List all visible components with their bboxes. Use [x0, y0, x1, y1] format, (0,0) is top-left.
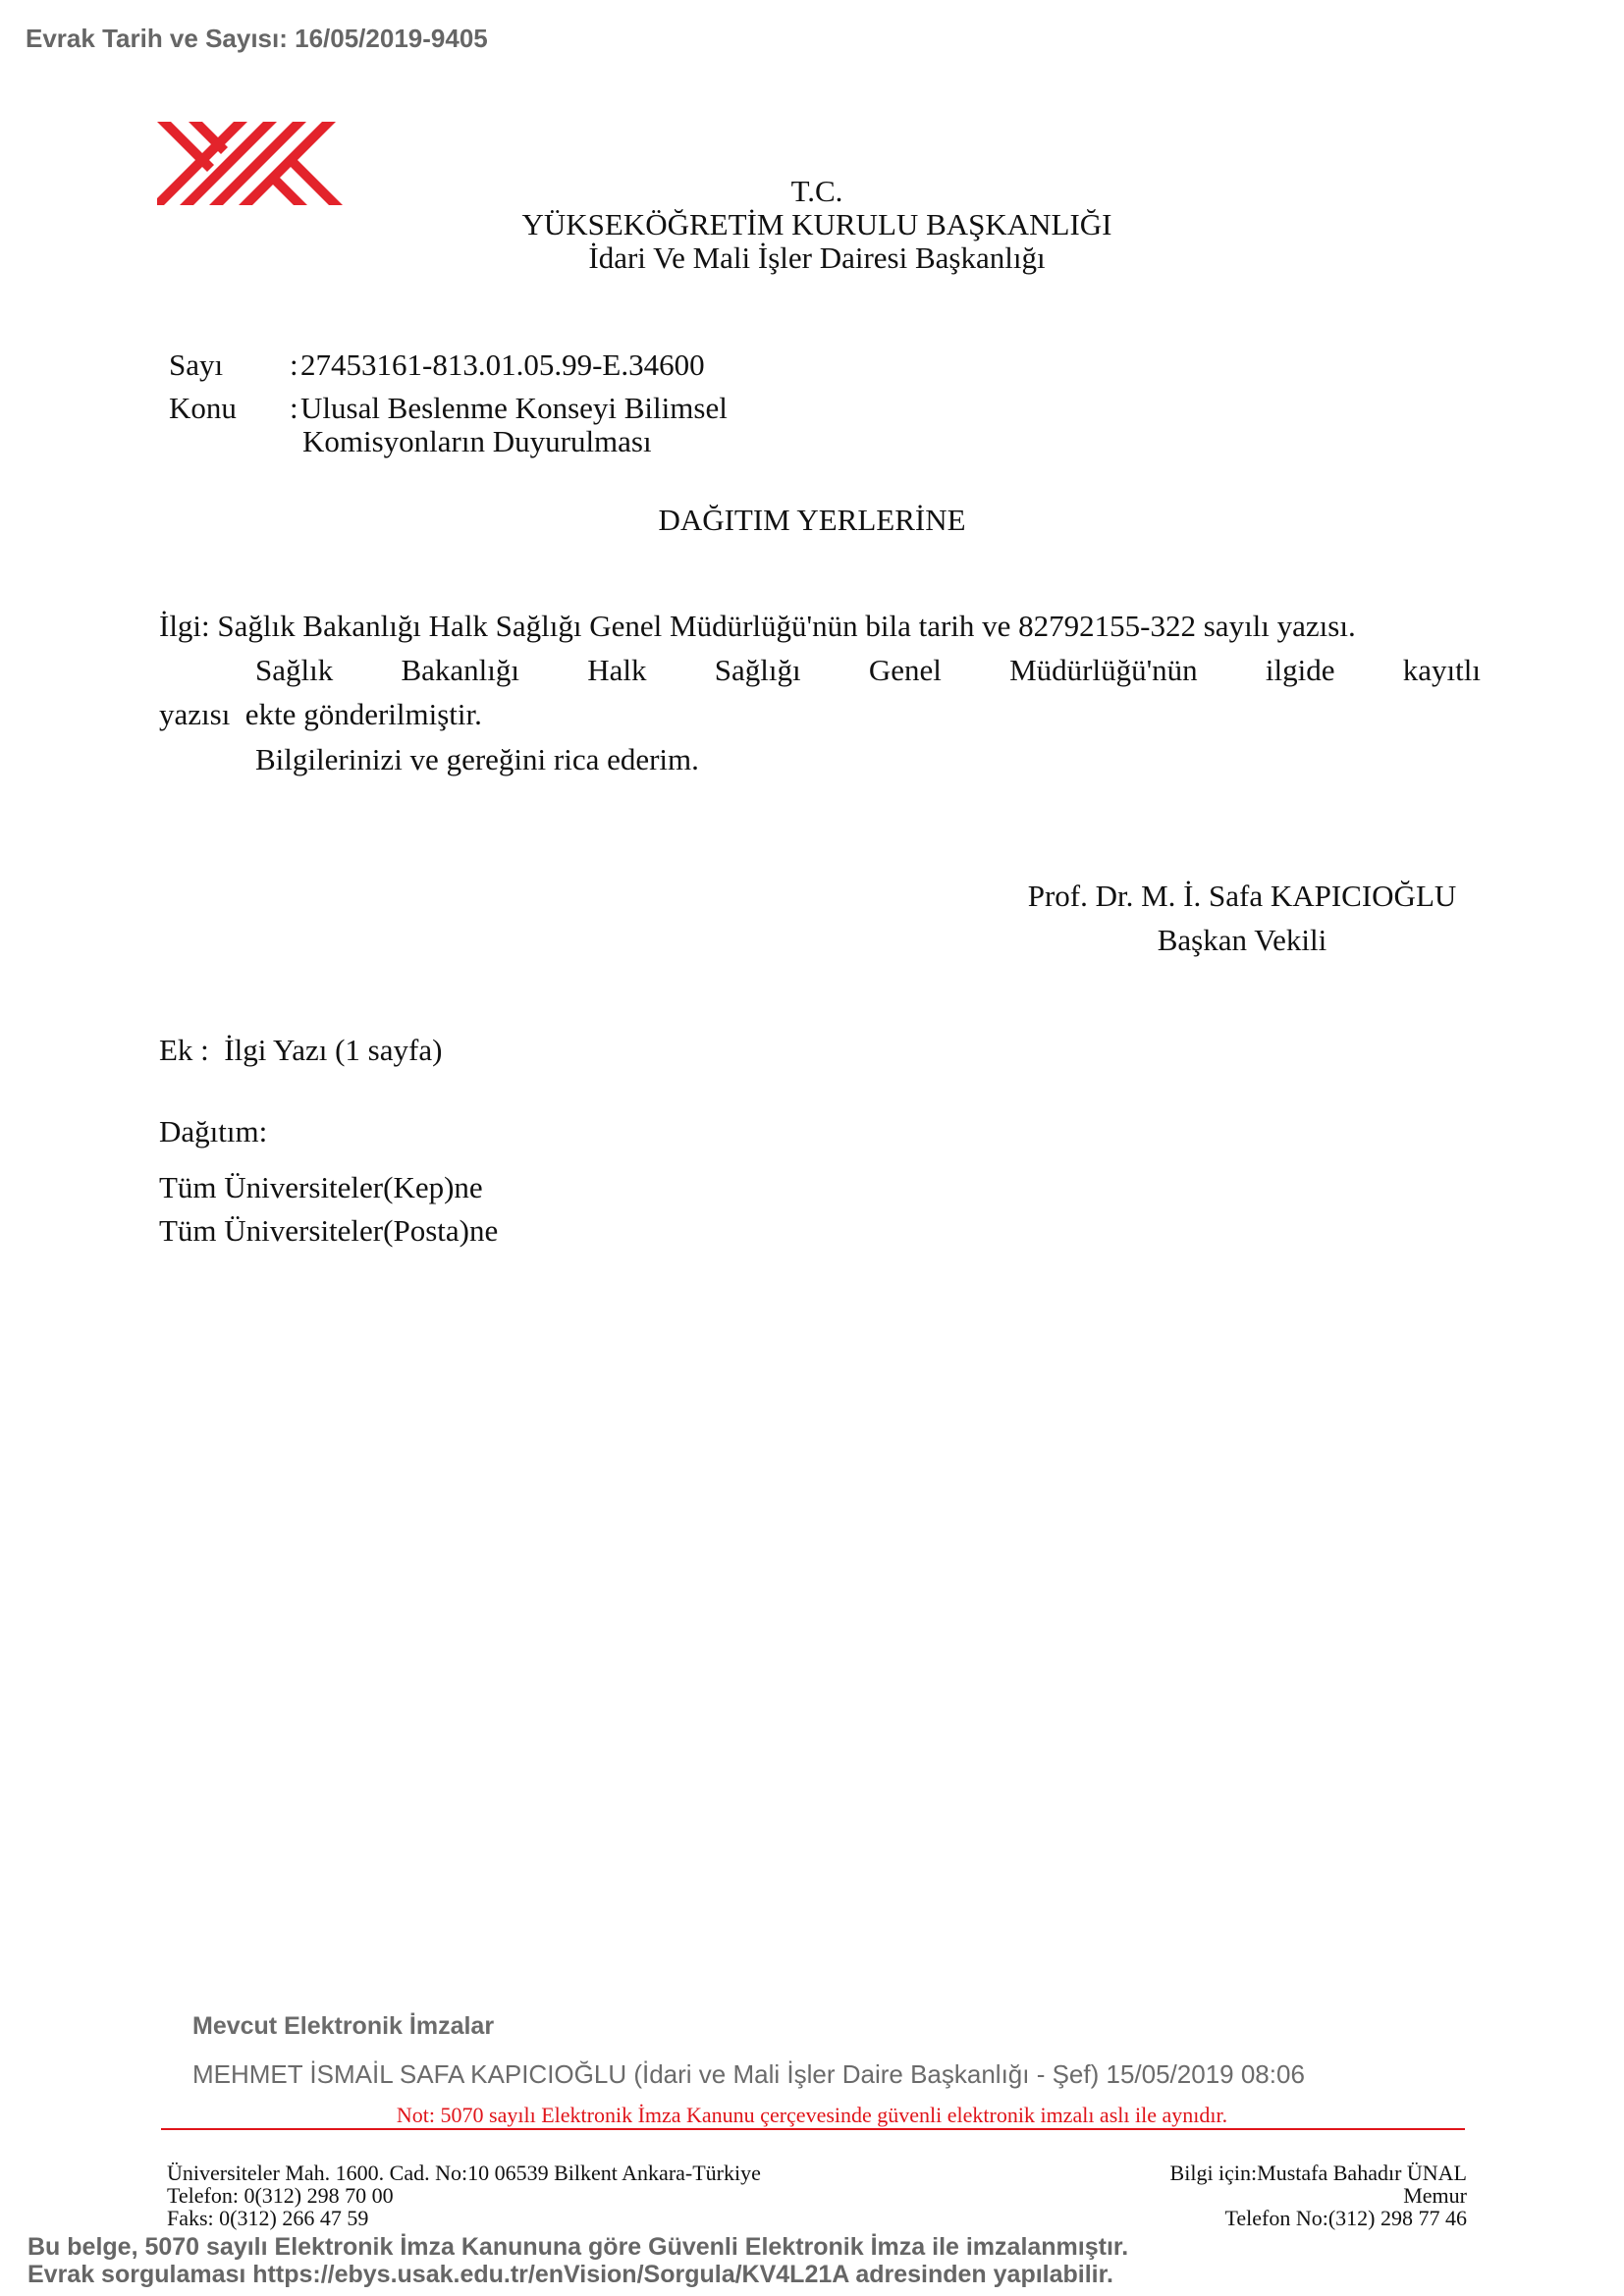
konu-label: Konu	[169, 391, 237, 426]
word: Bakanlığı	[401, 653, 519, 688]
document-date-number-stamp: Evrak Tarih ve Sayısı: 16/05/2019-9405	[26, 24, 488, 54]
header-department: İdari Ve Mali İşler Dairesi Başkanlığı	[473, 241, 1161, 275]
word: Sağlığı	[715, 653, 801, 688]
footer-divider	[161, 2128, 1465, 2130]
konu-separator: :	[290, 391, 298, 426]
word: Halk	[587, 653, 646, 688]
footer-info-phone: Telefon No:(312) 298 77 46	[982, 2207, 1467, 2229]
header-institution: YÜKSEKÖĞRETİM KURULU BAŞKANLIĞI	[473, 208, 1161, 241]
distribution-item: Tüm Üniversiteler(Kep)ne	[159, 1170, 483, 1205]
sayi-value: 27453161-813.01.05.99-E.34600	[300, 347, 705, 383]
body-paragraph-1-line1: Sağlık Bakanlığı Halk Sağlığı Genel Müdü…	[255, 653, 1481, 688]
footer-phone: Telefon: 0(312) 298 70 00	[167, 2184, 394, 2207]
yok-logo-icon	[157, 122, 383, 205]
verification-line2: Evrak sorgulaması https://ebys.usak.edu.…	[27, 2261, 1113, 2289]
esign-note: Not: 5070 sayılı Elektronik İmza Kanunu …	[0, 2103, 1624, 2128]
word: Genel	[869, 653, 942, 688]
body-paragraph-2: Bilgilerinizi ve gereğini rica ederim.	[255, 742, 699, 777]
word: Müdürlüğü'nün	[1009, 653, 1198, 688]
footer-fax: Faks: 0(312) 266 47 59	[167, 2207, 368, 2229]
distribution-item: Tüm Üniversiteler(Posta)ne	[159, 1213, 498, 1249]
body-paragraph-1-line2: yazısı ekte gönderilmiştir.	[159, 697, 482, 732]
signer-title: Başkan Vekili	[982, 923, 1502, 958]
esign-entry: MEHMET İSMAİL SAFA KAPICIOĞLU (İdari ve …	[192, 2059, 1305, 2090]
attachment: Ek : İlgi Yazı (1 sayfa)	[159, 1033, 442, 1068]
signer-name: Prof. Dr. M. İ. Safa KAPICIOĞLU	[982, 879, 1502, 914]
distribution-label: Dağıtım:	[159, 1114, 267, 1149]
sayi-separator: :	[290, 347, 298, 383]
footer-address: Üniversiteler Mah. 1600. Cad. No:10 0653…	[167, 2162, 761, 2184]
konu-value-line2: Komisyonların Duyurulması	[302, 424, 652, 459]
header-tc: T.C.	[473, 175, 1161, 208]
footer-info-title: Memur	[982, 2184, 1467, 2207]
word: kayıtlı	[1403, 653, 1481, 688]
word: ilgide	[1266, 653, 1335, 688]
esign-heading: Mevcut Elektronik İmzalar	[192, 2012, 494, 2041]
verification-line1: Bu belge, 5070 sayılı Elektronik İmza Ka…	[27, 2233, 1128, 2262]
sayi-label: Sayı	[169, 347, 223, 383]
addressee: DAĞITIM YERLERİNE	[0, 503, 1624, 538]
word: Sağlık	[255, 653, 333, 688]
ilgi-reference: İlgi: Sağlık Bakanlığı Halk Sağlığı Gene…	[159, 609, 1356, 644]
footer-info-contact: Bilgi için:Mustafa Bahadır ÜNAL	[982, 2162, 1467, 2184]
konu-value-line1: Ulusal Beslenme Konseyi Bilimsel	[300, 391, 728, 426]
